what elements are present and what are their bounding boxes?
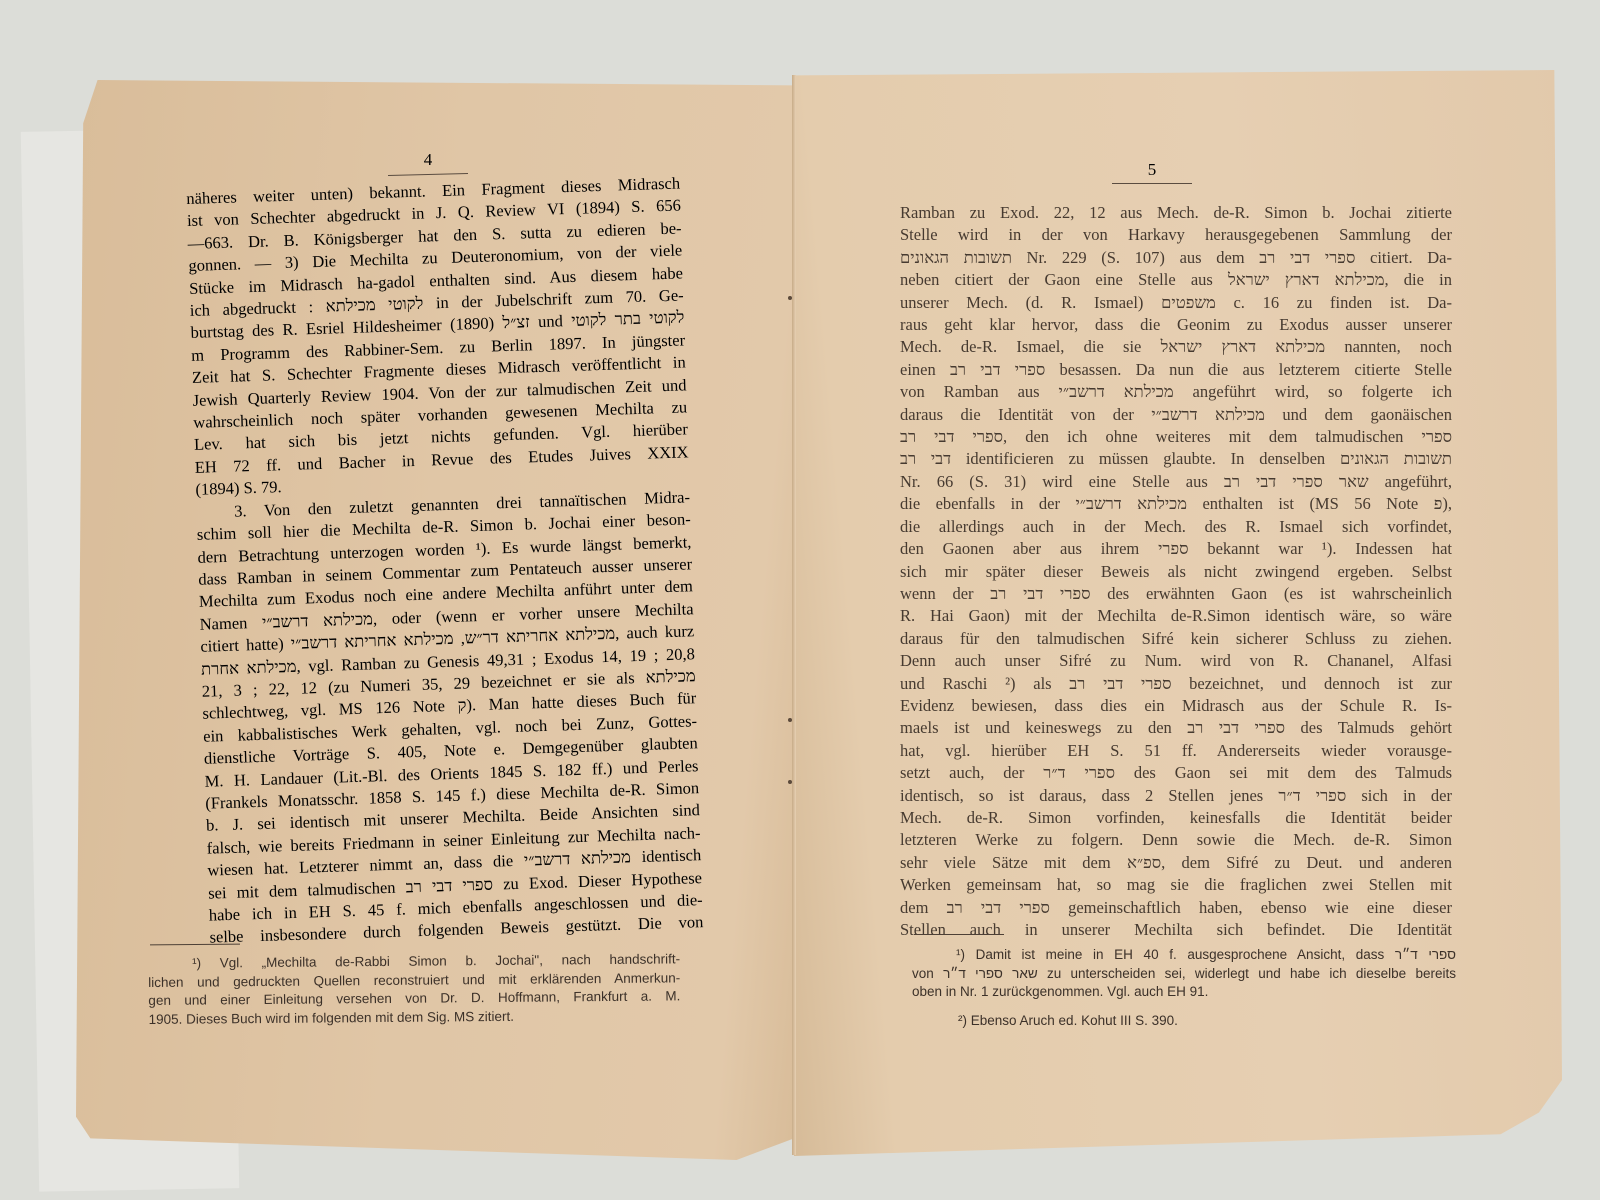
page-number-rule [1112, 183, 1192, 184]
text-line: daraus die Identität von der מכילתא דרשב… [900, 404, 1452, 426]
text-line: von Ramban aus מכילתא דרשב״י angeführt w… [900, 381, 1452, 403]
text-line: Nr. 66 (S. 31) wird eine Stelle aus שאר … [900, 471, 1452, 493]
text-line: Stelle wird in der von Harkavy herausgeg… [900, 224, 1452, 246]
text-line: ¹) Damit ist meine in EH 40 f. ausgespro… [912, 946, 1456, 965]
text-line: letzteren Werke zu folgern. Denn sowie d… [900, 829, 1452, 851]
text-line: Stellen auch in unserer Mechilta sich be… [900, 919, 1452, 941]
text-line: Denn auch unser Sifré zu Num. wird von R… [900, 650, 1452, 672]
text-line: Mech. de-R. Simon vorfinden, keinesfalls… [900, 807, 1452, 829]
text-line: R. Hai Gaon) mit der Mechilta de-R.Simon… [900, 605, 1452, 627]
left-body-text: näheres weiter unten) bekannt. Ein Fragm… [186, 172, 704, 949]
page-number-left: 4 [388, 150, 468, 170]
text-line: wenn der ספרי דבי רב des erwähnten Gaon … [900, 583, 1452, 605]
text-line: sehr viele Sätze mit dem ספ״א, dem Sifré… [900, 852, 1452, 874]
text-line: דבי רב identificieren zu müssen glaubte.… [900, 448, 1452, 470]
right-footnote-2: ²) Ebenso Aruch ed. Kohut III S. 390. [958, 1012, 1358, 1031]
text-line: den Gaonen aber aus ihrem ספרי bekannt w… [900, 538, 1452, 560]
right-footnote-1: ¹) Damit ist meine in EH 40 f. ausgespro… [912, 946, 1456, 1002]
text-line: die allerdings auch in der Mech. des R. … [900, 516, 1452, 538]
text-line: daraus für den talmudischen Sifré kein s… [900, 628, 1452, 650]
text-line: und Raschi ²) als ספרי דבי רב bezeichnet… [900, 673, 1452, 695]
text-line: raus geht klar hervor, dass die Geonim z… [900, 314, 1452, 336]
text-line: oben in Nr. 1 zurückgenommen. Vgl. auch … [912, 983, 1456, 1002]
footnote-rule-right [914, 934, 1004, 935]
staple-hole [788, 718, 792, 722]
text-line: sich mir später dieser Beweis als nicht … [900, 561, 1452, 583]
text-line: ספרי דבי רב, den ich ohne weiteres mit d… [900, 426, 1452, 448]
text-line: Evidenz bewiesen, dass dies ein Midrasch… [900, 695, 1452, 717]
staple-hole [788, 780, 792, 784]
text-line: תשובות הגאונים Nr. 229 (S. 107) aus dem … [900, 247, 1452, 269]
text-line: Mech. de-R. Ismael, die sie מכילתא דארץ … [900, 336, 1452, 358]
text-line: von שאר ספרי ד״ר zu unterscheiden sei, w… [912, 965, 1456, 984]
text-line: hat, vgl. hierüber EH S. 51 ff. Anderers… [900, 740, 1452, 762]
text-line: Werken gemeinsam hat, so mag sie die fra… [900, 874, 1452, 896]
text-line: einen ספרי דבי רב besassen. Da nun die a… [900, 359, 1452, 381]
text-line: setzt auch, der ספרי ד״ר des Gaon sei mi… [900, 762, 1452, 784]
text-line: identisch, so ist daraus, dass 2 Stellen… [900, 785, 1452, 807]
text-line: die ebenfalls in der מכילתא דרשב״י entha… [900, 493, 1452, 515]
staple-hole [788, 296, 792, 300]
right-body-text: Ramban zu Exod. 22, 12 aus Mech. de-R. S… [900, 202, 1452, 941]
text-line: unserer Mech. (d. R. Ismael) משפטים c. 1… [900, 292, 1452, 314]
text-line: neben citiert der Gaon eine Stelle aus מ… [900, 269, 1452, 291]
left-footnote: ¹) Vgl. „Mechilta de-Rabbi Simon b. Joch… [148, 950, 681, 1029]
booklet-spine [792, 75, 796, 1155]
text-line: maels ist und keineswegs zu den ספרי דבי… [900, 717, 1452, 739]
page-number-right: 5 [1112, 160, 1192, 180]
text-line: Ramban zu Exod. 22, 12 aus Mech. de-R. S… [900, 202, 1452, 224]
text-line: dem ספרי דבי רב gemeinschaftlich haben, … [900, 897, 1452, 919]
